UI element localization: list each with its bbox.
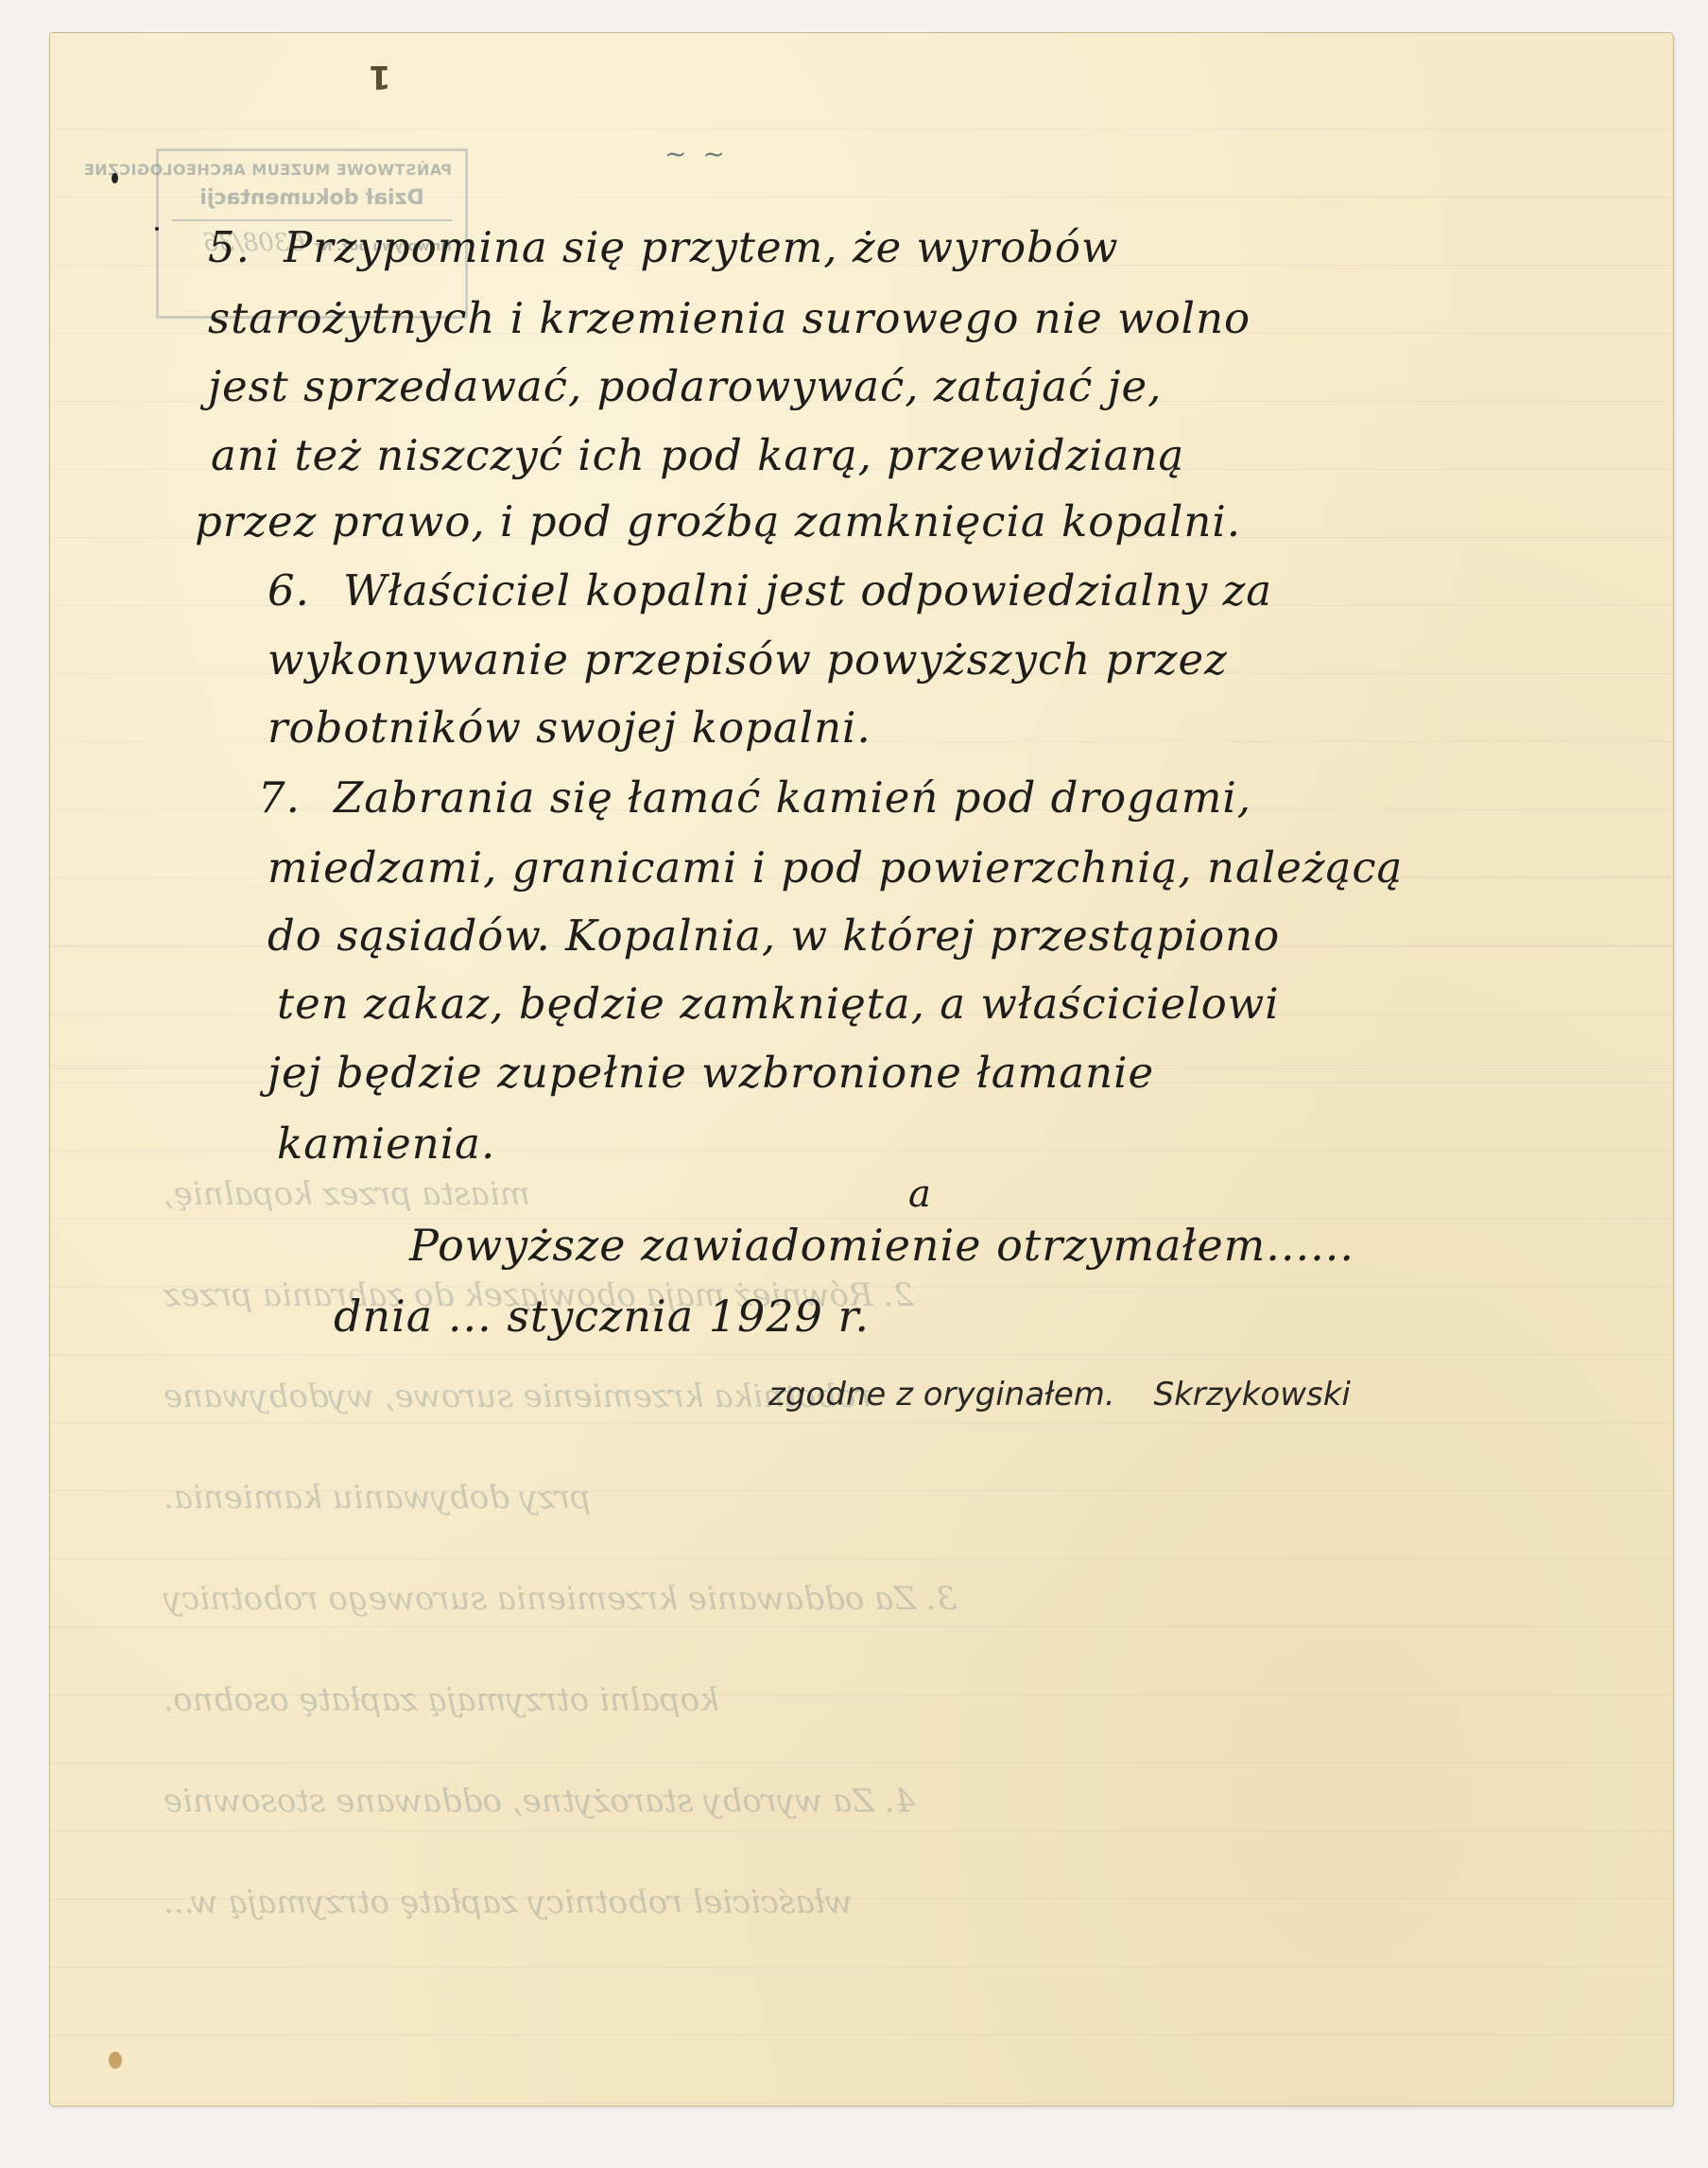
paragraph-5-line-1: 5.Przypomina się przytem, że wyrobów bbox=[208, 222, 1118, 272]
paragraph-number: 5. bbox=[208, 222, 284, 272]
document-page: 1 ~ ~ PAŃSTWOWE MUZEUM ARCHEOLOGICZNE Dz… bbox=[50, 33, 1673, 2106]
paragraph-7-line-4: ten zakaz, będzie zamknięta, a właścicie… bbox=[277, 979, 1280, 1029]
certification-text: zgodne z oryginałem. bbox=[768, 1376, 1115, 1414]
paragraph-6-line-1: 6.Właściciel kopalni jest odpowiedzialny… bbox=[267, 565, 1272, 616]
text-line: Przypomina się przytem, że wyrobów bbox=[284, 222, 1118, 272]
paragraph-5-line-2: starożytnych i krzemienia surowego nie w… bbox=[208, 293, 1251, 343]
stamp-divider bbox=[172, 219, 452, 221]
paragraph-number: 6. bbox=[267, 565, 343, 616]
paragraph-7-line-6: kamienia. bbox=[277, 1119, 495, 1169]
paragraph-7-line-3: do sąsiadów. Kopalnia, w której przestąp… bbox=[267, 911, 1280, 961]
ink-speck bbox=[112, 173, 118, 183]
ghost-line: przy dobywaniu kamienia. bbox=[164, 1448, 1676, 1549]
paragraph-5-line-4: ani też niszczyć ich pod karą, przewidzi… bbox=[211, 430, 1184, 480]
stain-mark bbox=[109, 2052, 122, 2069]
text-line: Właściciel kopalni jest odpowiedzialny z… bbox=[343, 565, 1272, 616]
paragraph-7-line-2: miedzami, granicami i pod powierzchnią, … bbox=[267, 842, 1403, 893]
stamp-institution: PAŃSTWOWE MUZEUM ARCHEOLOGICZNE bbox=[172, 161, 452, 179]
ghost-line: właściciel robotnicy zapłatę otrzymają w… bbox=[164, 1852, 1676, 1953]
acknowledgement-statement: Powyższe zawiadomienie otrzymałem...... bbox=[409, 1220, 1354, 1271]
paragraph-number: 7. bbox=[258, 772, 334, 823]
ghost-line: 3. Za oddawanie krzemienia surowego robo… bbox=[164, 1549, 1676, 1650]
paragraph-7-line-1: 7.Zabrania się łamać kamień pod drogami, bbox=[258, 772, 1251, 823]
signature: Skrzykowski bbox=[1153, 1376, 1350, 1414]
paragraph-6-line-2: wykonywanie przepisów powyższych przez bbox=[267, 634, 1228, 685]
paragraph-6-line-3: robotników swojej kopalni. bbox=[267, 702, 871, 753]
text-line: Zabrania się łamać kamień pod drogami, bbox=[334, 772, 1251, 823]
stamp-department: Dział dokumentacji bbox=[172, 186, 452, 210]
paragraph-5-line-3: jest sprzedawać, podarowywać, zatajać je… bbox=[208, 361, 1162, 411]
acknowledgement-date: dnia ... stycznia 1929 r. bbox=[334, 1291, 870, 1342]
ghost-line: 4. Za wyroby starożytne, oddawane stosow… bbox=[164, 1751, 1676, 1852]
paragraph-5-line-5: przez prawo, i pod groźbą zamknięcia kop… bbox=[195, 496, 1241, 546]
insertion-mark: a bbox=[908, 1172, 931, 1216]
ghost-line: kopalni otrzymają zapłatę osobno. bbox=[164, 1650, 1676, 1751]
ink-speck bbox=[155, 227, 159, 231]
paragraph-7-line-5: jej będzie zupełnie wzbronione łamanie bbox=[267, 1048, 1154, 1098]
page-number-mark: 1 bbox=[363, 58, 391, 95]
ink-mark: ~ ~ bbox=[664, 138, 729, 169]
certification-line: zgodne z oryginałem. Skrzykowski bbox=[768, 1376, 1351, 1414]
